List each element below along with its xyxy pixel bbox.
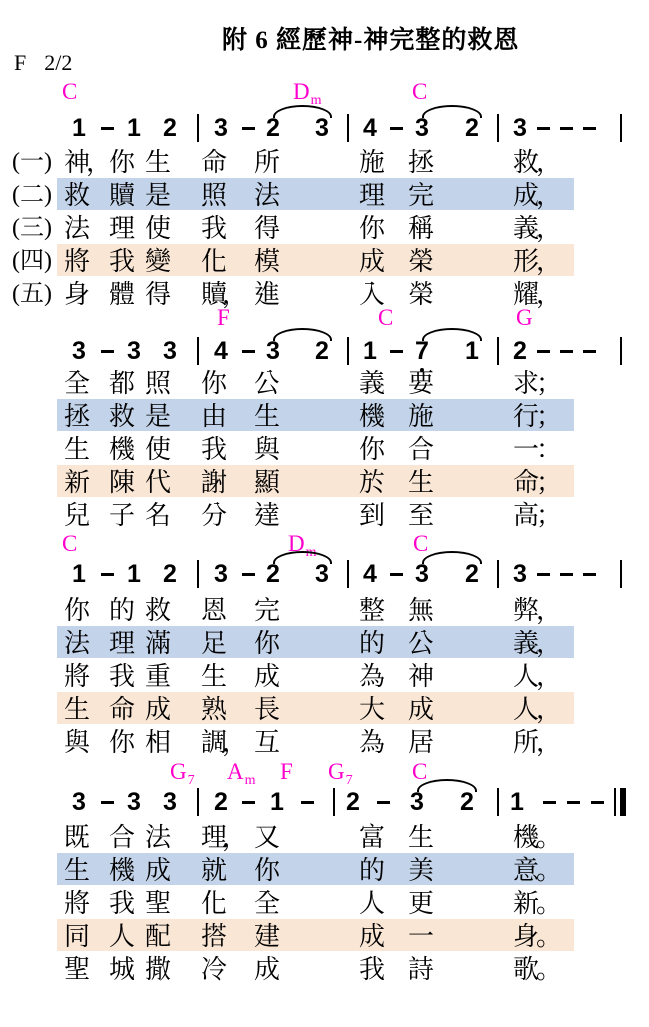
punctuation: ， bbox=[536, 694, 562, 725]
lyric-char: 美 bbox=[408, 855, 434, 886]
punctuation: ； bbox=[536, 368, 562, 399]
lyric-char: 的 bbox=[109, 595, 135, 626]
lyric-char: 陳 bbox=[109, 467, 135, 498]
punctuation: ， bbox=[536, 628, 562, 659]
bar-line bbox=[497, 337, 499, 365]
lyric-char: 拯 bbox=[64, 401, 90, 432]
note-dash bbox=[242, 801, 255, 804]
note-digit: 3 bbox=[127, 336, 141, 366]
lyric-char: 成 bbox=[408, 694, 434, 725]
lyric-char: 救 bbox=[109, 401, 135, 432]
note-dash bbox=[583, 573, 596, 576]
note-digit: 2 bbox=[513, 336, 527, 366]
note-digit: 3 bbox=[214, 559, 228, 589]
note-digit: 4 bbox=[214, 336, 228, 366]
lyric-char: 合 bbox=[109, 822, 135, 853]
note-digit: 2 bbox=[163, 559, 177, 589]
lyric-char: 名 bbox=[145, 500, 171, 531]
lyric-char: 合 bbox=[408, 434, 434, 465]
lyric-char: 更 bbox=[408, 888, 434, 919]
note-digit: 1 bbox=[72, 559, 86, 589]
lyric-char: 全 bbox=[64, 368, 90, 399]
lyric-char: 得 bbox=[145, 279, 171, 310]
note-dash bbox=[560, 350, 573, 353]
lyric-char: 生 bbox=[408, 467, 434, 498]
lyric-char: 化 bbox=[201, 888, 227, 919]
note-dash bbox=[390, 350, 403, 353]
punctuation: ： bbox=[536, 434, 562, 465]
note-digit: 2 bbox=[460, 787, 474, 817]
note-digit: 3 bbox=[415, 559, 429, 589]
punctuation: ， bbox=[536, 279, 562, 310]
lyric-char: 我 bbox=[201, 213, 227, 244]
note-digit: 7 bbox=[415, 336, 429, 366]
lyric-char: 為 bbox=[359, 661, 385, 692]
bar-line bbox=[197, 114, 199, 142]
chord-label: C bbox=[62, 80, 77, 104]
lyric-char: 於 bbox=[359, 467, 385, 498]
lyric-char: 城 bbox=[109, 954, 135, 985]
note-dash bbox=[101, 801, 114, 804]
lyric-char: 我 bbox=[359, 954, 385, 985]
bar-line bbox=[347, 337, 349, 365]
time-signature: 2/2 bbox=[44, 50, 72, 75]
chord-label: Am bbox=[227, 760, 255, 788]
note-digit: 4 bbox=[363, 113, 377, 143]
lyric-char: 神 bbox=[408, 661, 434, 692]
note-digit: 2 bbox=[266, 559, 280, 589]
lyric-char: 成 bbox=[145, 694, 171, 725]
punctuation: ； bbox=[536, 467, 562, 498]
lyric-char: 將 bbox=[64, 888, 90, 919]
lyric-char: 全 bbox=[254, 888, 280, 919]
bar-line bbox=[497, 560, 499, 588]
page-title: 附 6 經歷神-神完整的救恩 bbox=[222, 20, 519, 56]
lyric-char: 你 bbox=[254, 855, 280, 886]
lyric-char: 居 bbox=[408, 727, 434, 758]
chord-label: C bbox=[412, 80, 427, 104]
lyric-char: 重 bbox=[145, 661, 171, 692]
chord-subscript: 7 bbox=[346, 773, 353, 788]
bar-line bbox=[333, 788, 335, 816]
lyric-char: 施 bbox=[408, 401, 434, 432]
chord-label: G7 bbox=[328, 760, 352, 788]
lyric-char: 生 bbox=[145, 147, 171, 178]
note-dash bbox=[567, 801, 580, 804]
lyric-char: 贖 bbox=[109, 180, 135, 211]
lyric-char: 生 bbox=[254, 401, 280, 432]
lyric-char: 撒 bbox=[145, 954, 171, 985]
lyric-char: 相 bbox=[145, 727, 171, 758]
lyric-char: 照 bbox=[201, 180, 227, 211]
bar-line bbox=[620, 337, 622, 365]
lyric-char: 就 bbox=[201, 855, 227, 886]
lyric-char: 法 bbox=[254, 180, 280, 211]
lyric-char: 為 bbox=[359, 727, 385, 758]
lyric-char: 你 bbox=[201, 368, 227, 399]
chord-label: G7 bbox=[170, 760, 194, 788]
lyric-char: 都 bbox=[109, 368, 135, 399]
lyric-char: 公 bbox=[408, 628, 434, 659]
lyric-char: 子 bbox=[109, 500, 135, 531]
lyric-char: 搭 bbox=[201, 921, 227, 952]
note-dash bbox=[101, 573, 114, 576]
lyric-char: 是 bbox=[145, 401, 171, 432]
lyric-char: 人 bbox=[109, 921, 135, 952]
note-dash bbox=[242, 573, 255, 576]
bar-line bbox=[497, 788, 499, 816]
note-digit: 3 bbox=[72, 336, 86, 366]
lyric-char: 法 bbox=[64, 628, 90, 659]
lyric-char: 富 bbox=[359, 822, 385, 853]
lyric-char: 模 bbox=[254, 246, 280, 277]
lyric-char: 法 bbox=[145, 822, 171, 853]
lyric-char: 代 bbox=[145, 467, 171, 498]
hymn-sheet: 附 6 經歷神-神完整的救恩 F2/2 CDmC1123234323(一)神，你… bbox=[0, 0, 649, 1027]
punctuation: ， bbox=[222, 727, 248, 758]
lyric-char: 將 bbox=[64, 661, 90, 692]
note-digit: 2 bbox=[465, 113, 479, 143]
lyric-char: 生 bbox=[201, 661, 227, 692]
note-digit: 3 bbox=[513, 113, 527, 143]
verse-number: (三) bbox=[12, 212, 52, 244]
lyric-char: 將 bbox=[64, 246, 90, 277]
final-bar-thick bbox=[620, 788, 626, 816]
lyric-char: 與 bbox=[64, 727, 90, 758]
lyric-char: 我 bbox=[109, 246, 135, 277]
lyric-char: 既 bbox=[64, 822, 90, 853]
lyric-char: 足 bbox=[201, 628, 227, 659]
note-digit: 2 bbox=[266, 113, 280, 143]
bar-line bbox=[347, 560, 349, 588]
punctuation: ， bbox=[222, 822, 248, 853]
lyric-char: 滿 bbox=[145, 628, 171, 659]
note-dash bbox=[543, 801, 556, 804]
lyric-char: 成 bbox=[145, 855, 171, 886]
note-digit: 2 bbox=[465, 559, 479, 589]
note-dash bbox=[537, 127, 550, 130]
lyric-char: 達 bbox=[254, 500, 280, 531]
punctuation: ， bbox=[536, 727, 562, 758]
lyric-char: 體 bbox=[109, 279, 135, 310]
lyric-char: 一 bbox=[408, 921, 434, 952]
punctuation: ， bbox=[536, 180, 562, 211]
chord-label: C bbox=[378, 306, 393, 330]
note-digit: 3 bbox=[266, 336, 280, 366]
note-digit: 1 bbox=[465, 336, 479, 366]
lyric-char: 整 bbox=[359, 595, 385, 626]
verse-number: (五) bbox=[12, 278, 52, 310]
bar-line bbox=[197, 788, 199, 816]
note-dash bbox=[242, 127, 255, 130]
lyric-char: 成 bbox=[359, 921, 385, 952]
lyric-char: 的 bbox=[359, 628, 385, 659]
final-bar-thin bbox=[614, 788, 616, 816]
note-digit: 3 bbox=[163, 336, 177, 366]
lyric-char: 拯 bbox=[408, 147, 434, 178]
punctuation: ； bbox=[536, 401, 562, 432]
lyric-char: 無 bbox=[408, 595, 434, 626]
bar-line bbox=[197, 560, 199, 588]
lyric-char: 榮 bbox=[408, 246, 434, 277]
verse-number: (二) bbox=[12, 179, 52, 211]
bar-line bbox=[620, 560, 622, 588]
note-dash bbox=[390, 127, 403, 130]
note-digit: 3 bbox=[163, 787, 177, 817]
note-digit: 4 bbox=[363, 559, 377, 589]
note-digit: 1 bbox=[127, 113, 141, 143]
lyric-char: 建 bbox=[254, 921, 280, 952]
lyric-char: 你 bbox=[359, 213, 385, 244]
lyric-char: 長 bbox=[254, 694, 280, 725]
lyric-char: 人 bbox=[359, 888, 385, 919]
note-digit: 3 bbox=[214, 113, 228, 143]
lyric-char: 救 bbox=[145, 595, 171, 626]
bar-line bbox=[197, 337, 199, 365]
lyric-char: 理 bbox=[109, 628, 135, 659]
bar-line bbox=[497, 114, 499, 142]
note-digit: 3 bbox=[410, 787, 424, 817]
note-digit: 3 bbox=[72, 787, 86, 817]
lyric-char: 理 bbox=[359, 180, 385, 211]
lyric-char: 你 bbox=[109, 727, 135, 758]
lyric-char: 生 bbox=[64, 855, 90, 886]
lyric-char: 你 bbox=[64, 595, 90, 626]
punctuation: 。 bbox=[536, 855, 562, 886]
bar-line bbox=[347, 114, 349, 142]
lyric-char: 生 bbox=[64, 694, 90, 725]
lyric-char: 施 bbox=[359, 147, 385, 178]
punctuation: ， bbox=[536, 661, 562, 692]
note-dash bbox=[560, 127, 573, 130]
note-digit: 3 bbox=[127, 787, 141, 817]
lyric-char: 我 bbox=[201, 434, 227, 465]
note-dash bbox=[560, 573, 573, 576]
lyric-char: 同 bbox=[64, 921, 90, 952]
lyric-char: 至 bbox=[408, 500, 434, 531]
lyric-char: 救 bbox=[64, 180, 90, 211]
chord-subscript: 7 bbox=[188, 773, 195, 788]
lyric-char: 進 bbox=[254, 279, 280, 310]
lyric-char: 的 bbox=[359, 855, 385, 886]
note-digit: 3 bbox=[315, 559, 329, 589]
note-digit: 2 bbox=[315, 336, 329, 366]
lyric-char: 所 bbox=[254, 147, 280, 178]
lyric-char: 生 bbox=[408, 822, 434, 853]
lyric-char: 熟 bbox=[201, 694, 227, 725]
verse-number: (一) bbox=[12, 146, 52, 178]
lyric-char: 化 bbox=[201, 246, 227, 277]
note-dash bbox=[301, 801, 314, 804]
lyric-char: 得 bbox=[254, 213, 280, 244]
chord-label: F bbox=[280, 760, 293, 784]
lyric-char: 兒 bbox=[64, 500, 90, 531]
punctuation: ， bbox=[536, 595, 562, 626]
lyric-char: 顯 bbox=[254, 467, 280, 498]
note-dash bbox=[537, 350, 550, 353]
note-dash bbox=[537, 573, 550, 576]
lyric-char: 法 bbox=[64, 213, 90, 244]
note-dash bbox=[377, 801, 390, 804]
lyric-char: 變 bbox=[145, 246, 171, 277]
punctuation: 。 bbox=[536, 888, 562, 919]
lyric-char: 稱 bbox=[408, 213, 434, 244]
lyric-char: 是 bbox=[145, 180, 171, 211]
punctuation: 。 bbox=[536, 954, 562, 985]
note-digit: 2 bbox=[346, 787, 360, 817]
lyric-char: 完 bbox=[254, 595, 280, 626]
punctuation: 。 bbox=[536, 921, 562, 952]
note-dash bbox=[390, 573, 403, 576]
lyric-char: 配 bbox=[145, 921, 171, 952]
lyric-char: 榮 bbox=[408, 279, 434, 310]
lyric-char: 生 bbox=[64, 434, 90, 465]
lyric-char: 我 bbox=[109, 661, 135, 692]
note-digit: 1 bbox=[127, 559, 141, 589]
lyric-char: 與 bbox=[254, 434, 280, 465]
lyric-char: 公 bbox=[254, 368, 280, 399]
chord-label: Dm bbox=[293, 80, 321, 108]
lyric-char: 成 bbox=[359, 246, 385, 277]
lyric-char: 成 bbox=[254, 954, 280, 985]
chord-label: F bbox=[217, 306, 230, 330]
note-dash bbox=[242, 350, 255, 353]
lyric-char: 照 bbox=[145, 368, 171, 399]
lyric-char: 分 bbox=[201, 500, 227, 531]
note-digit: 1 bbox=[270, 787, 284, 817]
key-signature: F2/2 bbox=[14, 50, 72, 76]
punctuation: ， bbox=[536, 147, 562, 178]
lyric-char: 機 bbox=[359, 401, 385, 432]
chord-label: C bbox=[62, 532, 77, 556]
lyric-char: 使 bbox=[145, 213, 171, 244]
note-dash bbox=[583, 127, 596, 130]
bar-line bbox=[620, 114, 622, 142]
note-digit: 3 bbox=[513, 559, 527, 589]
note-digit: 2 bbox=[214, 787, 228, 817]
chord-label: G bbox=[516, 306, 533, 330]
punctuation: 。 bbox=[536, 822, 562, 853]
lyric-char: 由 bbox=[201, 401, 227, 432]
note-dash bbox=[591, 801, 604, 804]
note-dash bbox=[583, 350, 596, 353]
lyric-char: 聖 bbox=[145, 888, 171, 919]
lyric-char: 你 bbox=[254, 628, 280, 659]
key-letter: F bbox=[14, 50, 26, 75]
lyric-char: 使 bbox=[145, 434, 171, 465]
chord-label: C bbox=[413, 532, 428, 556]
lyric-char: 理 bbox=[109, 213, 135, 244]
note-digit: 3 bbox=[415, 113, 429, 143]
lyric-char: 恩 bbox=[201, 595, 227, 626]
lyric-char: 命 bbox=[109, 694, 135, 725]
punctuation: ， bbox=[536, 246, 562, 277]
chord-label: C bbox=[412, 760, 427, 784]
lyric-char: 成 bbox=[254, 661, 280, 692]
lyric-char: 到 bbox=[359, 500, 385, 531]
note-digit: 1 bbox=[363, 336, 377, 366]
lyric-char: 你 bbox=[359, 434, 385, 465]
punctuation: ， bbox=[536, 213, 562, 244]
lyric-char: 完 bbox=[408, 180, 434, 211]
note-digit: 3 bbox=[315, 113, 329, 143]
lyric-char: 命 bbox=[201, 147, 227, 178]
punctuation: ； bbox=[536, 500, 562, 531]
note-digit: 1 bbox=[510, 787, 524, 817]
verse-number: (四) bbox=[12, 245, 52, 277]
lyric-char: 謝 bbox=[201, 467, 227, 498]
lyric-char: 機 bbox=[109, 855, 135, 886]
lyric-char: 聖 bbox=[64, 954, 90, 985]
lyric-char: 詩 bbox=[408, 954, 434, 985]
lyric-char: 又 bbox=[254, 822, 280, 853]
lyric-char: 冷 bbox=[201, 954, 227, 985]
note-dash bbox=[101, 350, 114, 353]
chord-subscript: m bbox=[245, 773, 256, 788]
lyric-char: 新 bbox=[64, 467, 90, 498]
lyric-char: 我 bbox=[109, 888, 135, 919]
lyric-char: 大 bbox=[359, 694, 385, 725]
lyric-char: 機 bbox=[109, 434, 135, 465]
lyric-char: 義 bbox=[359, 368, 385, 399]
note-digit: 2 bbox=[163, 113, 177, 143]
lyric-char: 你 bbox=[109, 147, 135, 178]
note-digit: 1 bbox=[72, 113, 86, 143]
lyric-char: 身 bbox=[64, 279, 90, 310]
lyric-char: 要 bbox=[408, 368, 434, 399]
lyric-char: 互 bbox=[254, 727, 280, 758]
note-dash bbox=[101, 127, 114, 130]
